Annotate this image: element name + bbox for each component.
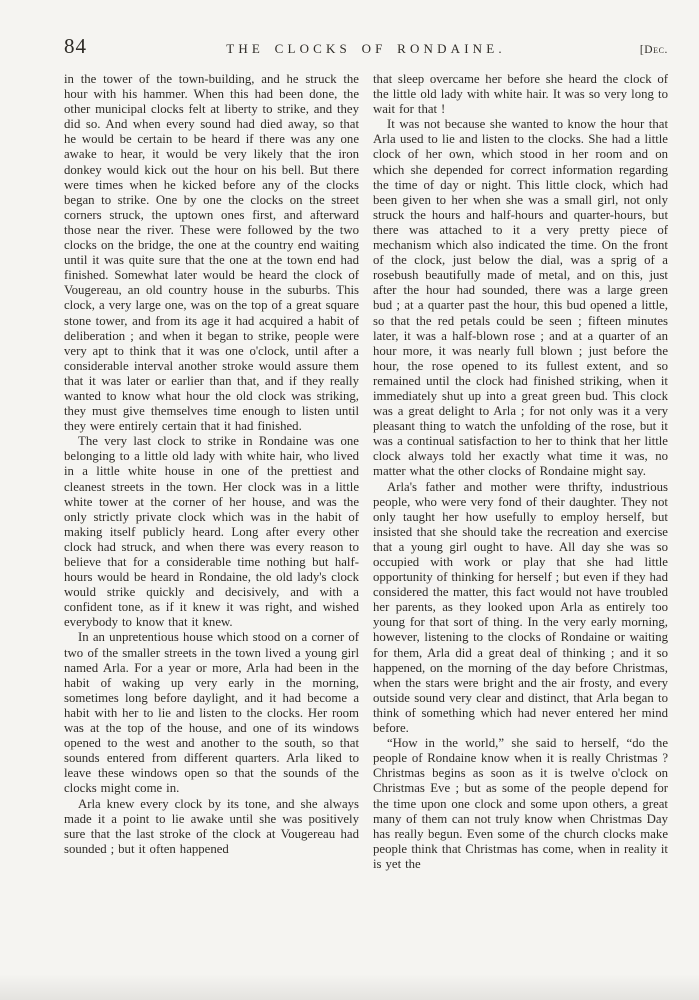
left-column: in the tower of the town-building, and h… (64, 72, 359, 872)
paragraph: that sleep overcame her before she heard… (373, 72, 668, 117)
paragraph: The very last clock to strike in Rondain… (64, 434, 359, 630)
paragraph: Arla's father and mother were thrifty, i… (373, 480, 668, 737)
paragraph: Arla knew every clock by its tone, and s… (64, 797, 359, 857)
running-head: 84 THE CLOCKS OF RONDAINE. [Dec. (64, 34, 668, 59)
scanned-book-page: 84 THE CLOCKS OF RONDAINE. [Dec. in the … (0, 0, 699, 1000)
running-title: THE CLOCKS OF RONDAINE. (226, 41, 506, 57)
scan-edge-shading (0, 974, 699, 1000)
paragraph: It was not because she wanted to know th… (373, 117, 668, 479)
paragraph: in the tower of the town-building, and h… (64, 72, 359, 434)
issue-date-marker: [Dec. (640, 44, 668, 56)
page-number: 84 (64, 34, 87, 59)
paragraph: In an unpretentious house which stood on… (64, 630, 359, 796)
paragraph: “How in the world,” she said to herself,… (373, 736, 668, 872)
text-columns: in the tower of the town-building, and h… (64, 72, 668, 872)
right-column: that sleep overcame her before she heard… (373, 72, 668, 872)
